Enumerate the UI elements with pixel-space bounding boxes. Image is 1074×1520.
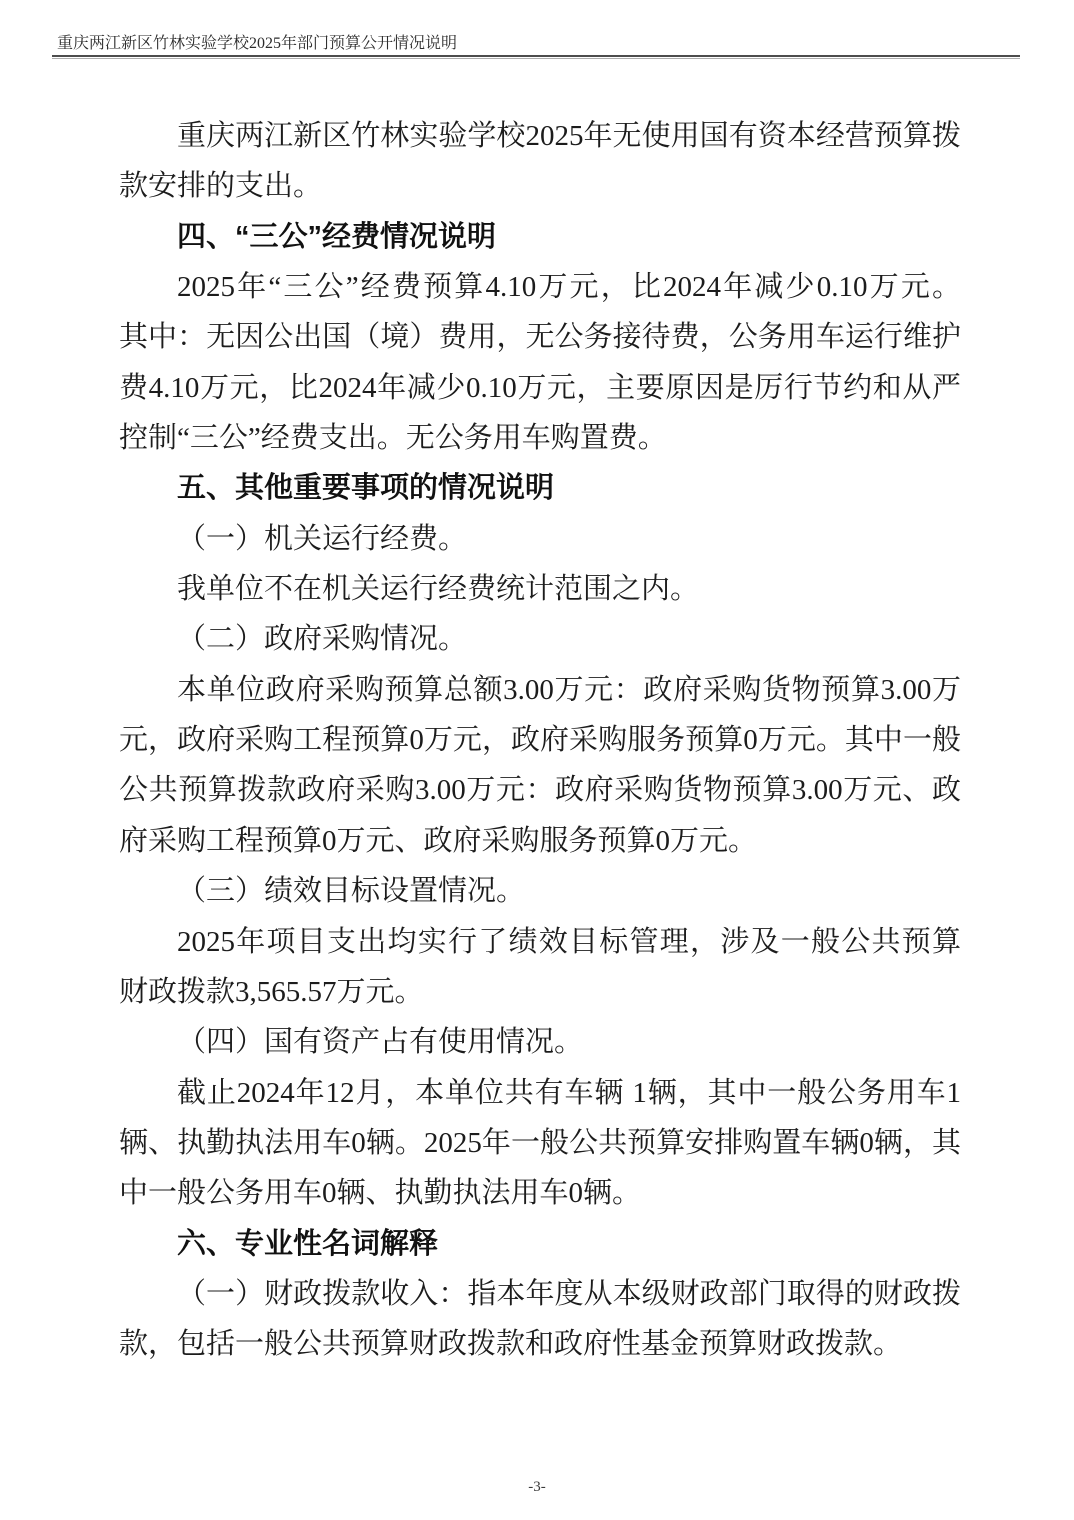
text-line: 重庆两江新区竹林实验学校2025年无使用国有资本经营预算拨 — [119, 111, 961, 161]
body-paragraph: 2025年“三公”经费预算4.10万元，比2024年减少0.10万元。其中：无因… — [119, 262, 961, 463]
text-line: 其中：无因公出国（境）费用，无公务接待费，公务用车运行维护 — [119, 312, 961, 362]
document-body: 重庆两江新区竹林实验学校2025年无使用国有资本经营预算拨款安排的支出。四、“三… — [119, 111, 961, 1370]
text-line: 款安排的支出。 — [119, 161, 961, 211]
text-line: 六、专业性名词解释 — [119, 1219, 961, 1269]
text-line: 元，政府采购工程预算0万元，政府采购服务预算0万元。其中一般 — [119, 715, 961, 765]
text-line: 我单位不在机关运行经费统计范围之内。 — [119, 564, 961, 614]
text-line: 公共预算拨款政府采购3.00万元：政府采购货物预算3.00万元、政 — [119, 765, 961, 815]
footer-page-number: -3- — [0, 1479, 1074, 1496]
body-paragraph: 本单位政府采购预算总额3.00万元：政府采购货物预算3.00万元，政府采购工程预… — [119, 665, 961, 866]
body-paragraph: 我单位不在机关运行经费统计范围之内。 — [119, 564, 961, 614]
text-line: 截止2024年12月，本单位共有车辆 1辆，其中一般公务用车1 — [119, 1068, 961, 1118]
text-line: 2025年“三公”经费预算4.10万元，比2024年减少0.10万元。 — [119, 262, 961, 312]
text-line: （一）机关运行经费。 — [119, 514, 961, 564]
text-line: 中一般公务用车0辆、执勤执法用车0辆。 — [119, 1168, 961, 1218]
body-paragraph: （一）机关运行经费。 — [119, 514, 961, 564]
text-line: 府采购工程预算0万元、政府采购服务预算0万元。 — [119, 816, 961, 866]
text-line: 五、其他重要事项的情况说明 — [119, 463, 961, 513]
text-line: （三）绩效目标设置情况。 — [119, 866, 961, 916]
text-line: 四、“三公”经费情况说明 — [119, 212, 961, 262]
body-paragraph: 截止2024年12月，本单位共有车辆 1辆，其中一般公务用车1辆、执勤执法用车0… — [119, 1068, 961, 1219]
text-line: 辆、执勤执法用车0辆。2025年一般公共预算安排购置车辆0辆，其 — [119, 1118, 961, 1168]
text-line: 控制“三公”经费支出。无公务用车购置费。 — [119, 413, 961, 463]
document-page: 重庆两江新区竹林实验学校2025年部门预算公开情况说明 重庆两江新区竹林实验学校… — [0, 0, 1074, 1520]
body-paragraph: 重庆两江新区竹林实验学校2025年无使用国有资本经营预算拨款安排的支出。 — [119, 111, 961, 212]
body-paragraph: （二）政府采购情况。 — [119, 614, 961, 664]
header-horizontal-rule — [52, 55, 1020, 59]
text-line: 费4.10万元，比2024年减少0.10万元，主要原因是厉行节约和从严 — [119, 363, 961, 413]
section-heading: 五、其他重要事项的情况说明 — [119, 463, 961, 513]
text-line: 财政拨款3,565.57万元。 — [119, 967, 961, 1017]
body-paragraph: （四）国有资产占有使用情况。 — [119, 1017, 961, 1067]
body-paragraph: 2025年项目支出均实行了绩效目标管理，涉及一般公共预算财政拨款3,565.57… — [119, 917, 961, 1018]
text-line: 本单位政府采购预算总额3.00万元：政府采购货物预算3.00万 — [119, 665, 961, 715]
text-line: （一）财政拨款收入：指本年度从本级财政部门取得的财政拨 — [119, 1269, 961, 1319]
text-line: （二）政府采购情况。 — [119, 614, 961, 664]
text-line: 款，包括一般公共预算财政拨款和政府性基金预算财政拨款。 — [119, 1319, 961, 1369]
section-heading: 四、“三公”经费情况说明 — [119, 212, 961, 262]
page-header-title: 重庆两江新区竹林实验学校2025年部门预算公开情况说明 — [57, 30, 457, 53]
section-heading: 六、专业性名词解释 — [119, 1219, 961, 1269]
text-line: （四）国有资产占有使用情况。 — [119, 1017, 961, 1067]
text-line: 2025年项目支出均实行了绩效目标管理，涉及一般公共预算 — [119, 917, 961, 967]
body-paragraph: （三）绩效目标设置情况。 — [119, 866, 961, 916]
body-paragraph: （一）财政拨款收入：指本年度从本级财政部门取得的财政拨款，包括一般公共预算财政拨… — [119, 1269, 961, 1370]
